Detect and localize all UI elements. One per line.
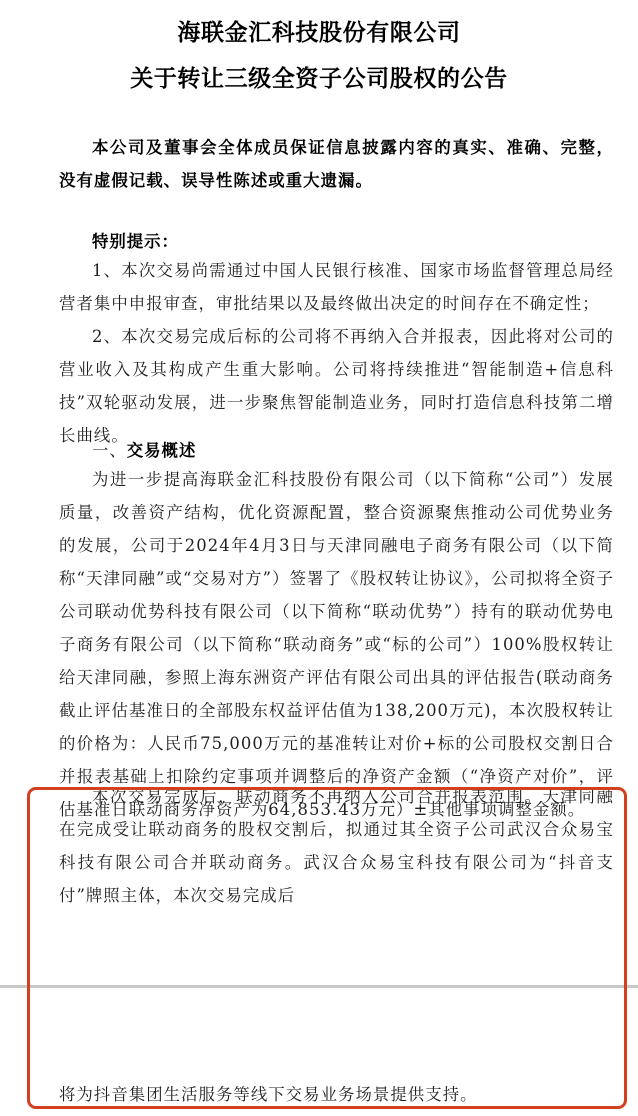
tip-item-1: 1、本次交易尚需通过中国人民银行核准、国家市场监督管理总局经营者集中申报审查，审… (59, 254, 614, 320)
tip-item-2: 2、本次交易完成后标的公司将不再纳入合并报表，因此将对公司的营业收入及其构成产生… (59, 320, 614, 452)
overview-paragraph: 为进一步提高海联金汇科技股份有限公司（以下简称“公司”）发展质量，改善资产结构，… (59, 463, 614, 826)
disclosure-statement: 本公司及董事会全体成员保证信息披露内容的真实、准确、完整，没有虚假记载、误导性陈… (59, 131, 614, 197)
announcement-title: 关于转让三级全资子公司股权的公告 (0, 65, 638, 93)
section-title: 交易概述 (127, 441, 197, 460)
post-transaction-paragraph-continued: 将为抖音集团生活服务等线下交易业务场景提供支持。 (59, 1078, 478, 1111)
page-break-divider (0, 985, 638, 988)
company-title: 海联金汇科技股份有限公司 (0, 19, 638, 47)
section-number: 一、 (92, 441, 127, 460)
post-transaction-paragraph: 本次交易完成后，联动商务不再纳入公司合并报表范围。天津同融在完成受让联动商务的股… (59, 780, 614, 912)
